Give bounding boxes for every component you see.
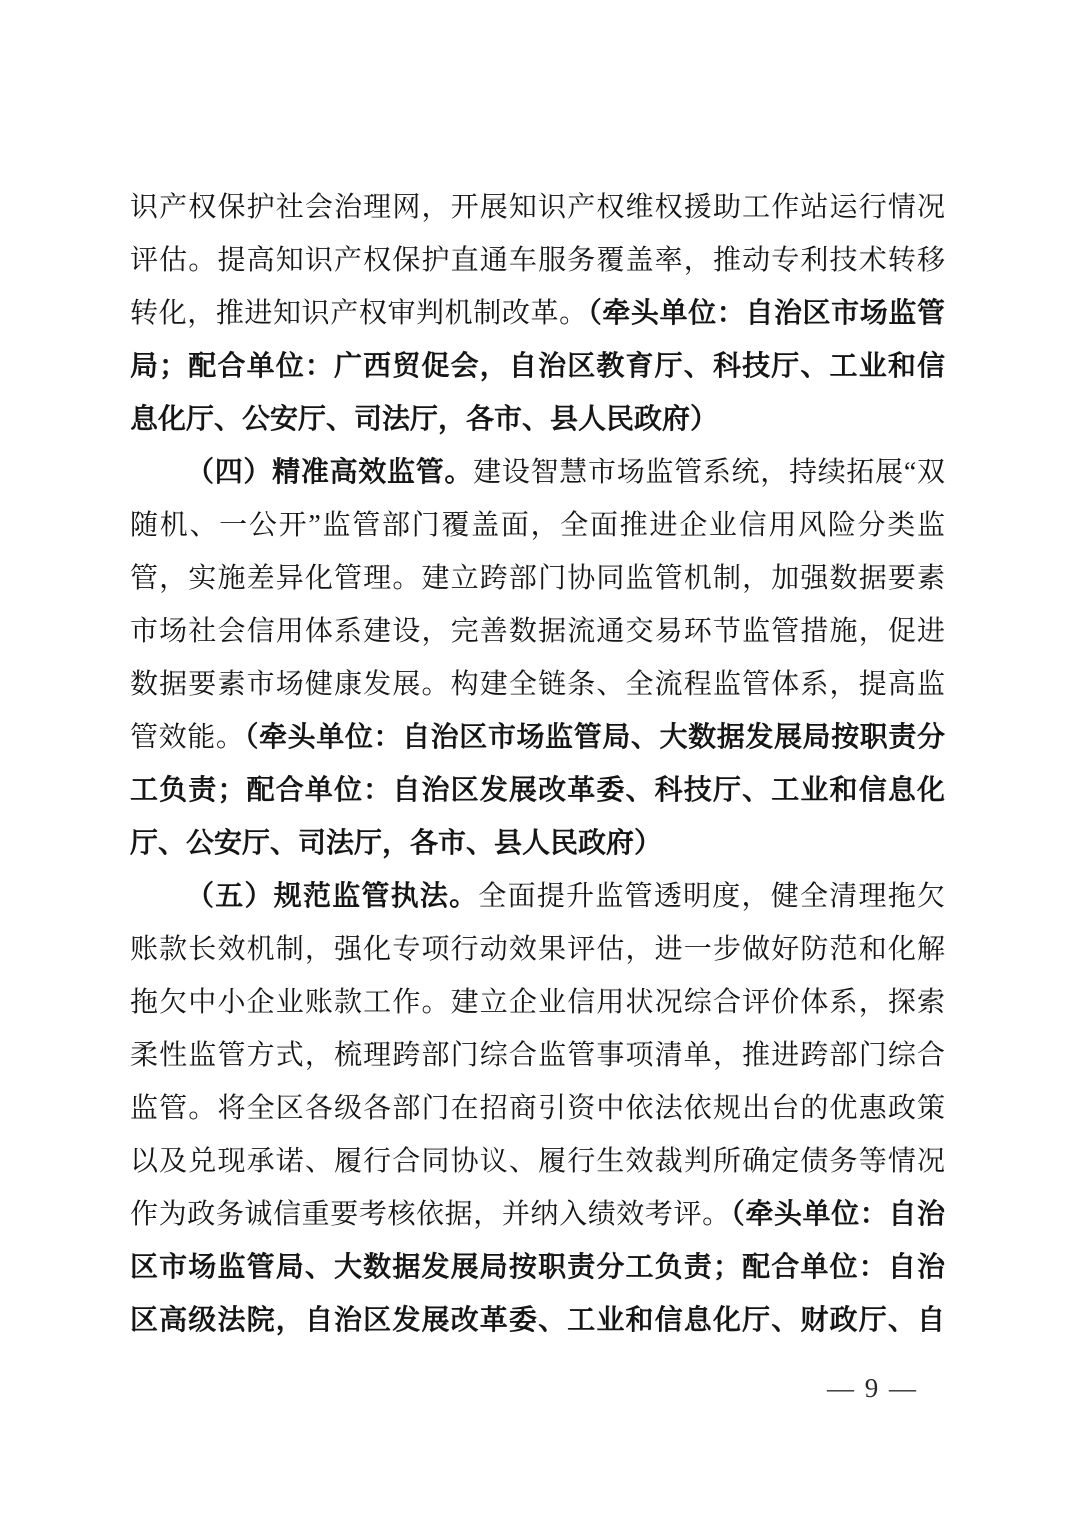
text-line: 数据要素市场健康发展。构建全链条、全流程监管体系，提高监	[130, 658, 945, 711]
text-line: 拖欠中小企业账款工作。建立企业信用状况综合评价体系，探索	[130, 976, 945, 1029]
text-segment: 全面提升监管透明度，健全清理拖欠	[478, 881, 945, 912]
page-number: — 9 —	[827, 1368, 918, 1408]
text-line: 以及兑现承诺、履行合同协议、履行生效裁判所确定债务等情况	[130, 1135, 945, 1188]
text-line: 账款长效机制，强化专项行动效果评估，进一步做好防范和化解	[130, 923, 945, 976]
bold-text-segment: 厅、公安厅、司法厅，各市、县人民政府）	[130, 828, 662, 859]
text-segment: 拖欠中小企业账款工作。建立企业信用状况综合评价体系，探索	[130, 987, 945, 1018]
text-segment: 建设智慧市场监管系统，持续拓展“双	[473, 457, 945, 488]
text-line: 管效能。（牵头单位：自治区市场监管局、大数据发展局按职责分	[130, 711, 945, 764]
document-body: 识产权保护社会治理网，开展知识产权维权援助工作站运行情况评估。提高知识产权保护直…	[130, 181, 945, 1347]
text-line: 随机、一公开”监管部门覆盖面，全面推进企业信用风险分类监	[130, 499, 945, 552]
bold-text-segment: 区高级法院，自治区发展改革委、工业和信息化厅、财政厅、自	[130, 1305, 945, 1336]
bold-text-segment: （牵头单位：自治区市场监管局、大数据发展局按职责分	[244, 722, 945, 753]
text-segment: 柔性监管方式，梳理跨部门综合监管事项清单，推进跨部门综合	[130, 1040, 945, 1071]
text-segment: 作为政务诚信重要考核依据，并纳入绩效考评。	[130, 1199, 731, 1230]
bold-text-segment: （四）精准高效监管。	[186, 457, 473, 488]
text-segment: 市场社会信用体系建设，完善数据流通交易环节监管措施，促进	[130, 616, 945, 647]
text-line: （四）精准高效监管。建设智慧市场监管系统，持续拓展“双	[130, 446, 945, 499]
document-page: 识产权保护社会治理网，开展知识产权维权援助工作站运行情况评估。提高知识产权保护直…	[0, 0, 1074, 1520]
text-segment: 监管。将全区各级各部门在招商引资中依法依规出台的优惠政策	[130, 1093, 945, 1124]
text-segment: 账款长效机制，强化专项行动效果评估，进一步做好防范和化解	[130, 934, 945, 965]
text-line: 柔性监管方式，梳理跨部门综合监管事项清单，推进跨部门综合	[130, 1029, 945, 1082]
text-line: 局；配合单位：广西贸促会，自治区教育厅、科技厅、工业和信	[130, 340, 945, 393]
text-segment: 识产权保护社会治理网，开展知识产权维权援助工作站运行情况	[130, 192, 945, 223]
text-line: 监管。将全区各级各部门在招商引资中依法依规出台的优惠政策	[130, 1082, 945, 1135]
bold-text-segment: 局；配合单位：广西贸促会，自治区教育厅、科技厅、工业和信	[130, 351, 945, 382]
text-line: 工负责；配合单位：自治区发展改革委、科技厅、工业和信息化	[130, 764, 945, 817]
text-line: 息化厅、公安厅、司法厅，各市、县人民政府）	[130, 393, 945, 446]
text-line: 厅、公安厅、司法厅，各市、县人民政府）	[130, 817, 945, 870]
bold-text-segment: 工负责；配合单位：自治区发展改革委、科技厅、工业和信息化	[130, 775, 945, 806]
text-line: 区市场监管局、大数据发展局按职责分工负责；配合单位：自治	[130, 1241, 945, 1294]
text-line: 作为政务诚信重要考核依据，并纳入绩效考评。（牵头单位：自治	[130, 1188, 945, 1241]
text-line: 转化，推进知识产权审判机制改革。（牵头单位：自治区市场监管	[130, 287, 945, 340]
text-segment: 以及兑现承诺、履行合同协议、履行生效裁判所确定债务等情况	[130, 1146, 945, 1177]
text-line: 识产权保护社会治理网，开展知识产权维权援助工作站运行情况	[130, 181, 945, 234]
bold-text-segment: （五）规范监管执法。	[186, 881, 478, 912]
bold-text-segment: （牵头单位：自治	[731, 1199, 945, 1230]
text-line: 区高级法院，自治区发展改革委、工业和信息化厅、财政厅、自	[130, 1294, 945, 1347]
text-line: （五）规范监管执法。全面提升监管透明度，健全清理拖欠	[130, 870, 945, 923]
text-segment: 管效能。	[130, 722, 244, 753]
text-line: 管，实施差异化管理。建立跨部门协同监管机制，加强数据要素	[130, 552, 945, 605]
text-line: 评估。提高知识产权保护直通车服务覆盖率，推动专利技术转移	[130, 234, 945, 287]
text-line: 市场社会信用体系建设，完善数据流通交易环节监管措施，促进	[130, 605, 945, 658]
text-segment: 评估。提高知识产权保护直通车服务覆盖率，推动专利技术转移	[130, 245, 945, 276]
text-segment: 数据要素市场健康发展。构建全链条、全流程监管体系，提高监	[130, 669, 945, 700]
bold-text-segment: （牵头单位：自治区市场监管	[588, 298, 945, 329]
bold-text-segment: 区市场监管局、大数据发展局按职责分工负责；配合单位：自治	[130, 1252, 945, 1283]
text-segment: 随机、一公开”监管部门覆盖面，全面推进企业信用风险分类监	[130, 510, 945, 541]
text-segment: 转化，推进知识产权审判机制改革。	[130, 298, 588, 329]
bold-text-segment: 息化厅、公安厅、司法厅，各市、县人民政府）	[130, 404, 718, 435]
text-segment: 管，实施差异化管理。建立跨部门协同监管机制，加强数据要素	[130, 563, 945, 594]
